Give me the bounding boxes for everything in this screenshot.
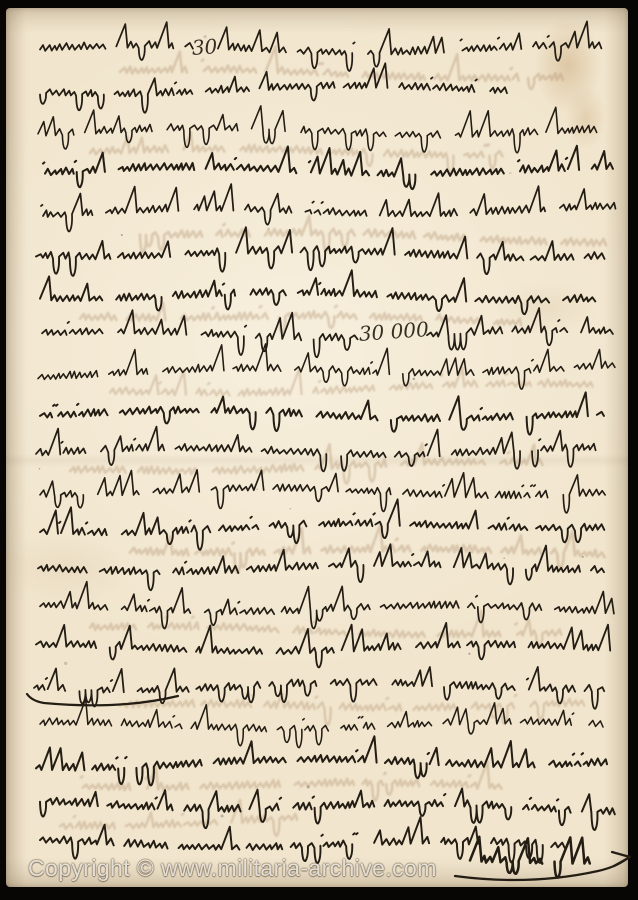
ink-speck (582, 556, 584, 558)
ink-speck (413, 378, 416, 381)
ink-speck (509, 172, 511, 174)
ink-speck (39, 468, 41, 470)
ink-speck (121, 234, 123, 236)
ink-speck (503, 557, 505, 559)
ink-speck (64, 662, 67, 665)
ink-speck (267, 228, 270, 231)
ink-speck (221, 815, 224, 818)
scanned-document: 3030 000 Copyright © www.militaria-archi… (0, 0, 638, 900)
legible-number: 30 000 (358, 317, 430, 346)
handwriting-lines: 3030 000 (27, 21, 616, 863)
ink-speck (204, 35, 207, 38)
signature-arrow (612, 852, 630, 866)
show-through-ink (60, 46, 606, 835)
ink-speck (468, 653, 470, 655)
ink-speck (256, 488, 258, 490)
copyright-watermark: Copyright © www.militaria-archive.com (28, 855, 498, 882)
ink-speck (290, 508, 292, 510)
ink-speck (307, 786, 310, 789)
handwriting-layer: 3030 000 (0, 0, 638, 900)
